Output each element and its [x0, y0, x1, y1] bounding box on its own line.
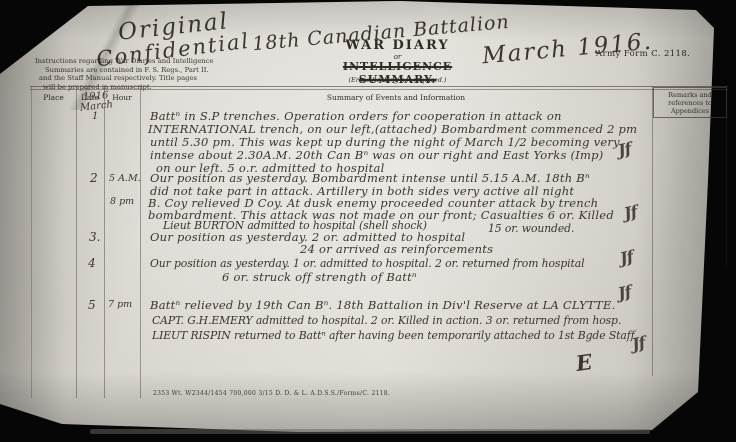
table-rule-top-inner [30, 89, 728, 90]
entry-line: 6 or. struck off strength of Battⁿ [222, 270, 417, 284]
erase-heading-note: (Erase heading not required.) [320, 76, 475, 84]
remarks-header-line: Remarks and [654, 91, 726, 99]
scanned-war-diary-photo: Instructions regarding War Diaries and I… [0, 0, 736, 442]
entry-line: Our position as yesterday. Bombardment i… [150, 171, 590, 185]
table-rule-top-outer [30, 86, 728, 87]
closing-flourish: E [574, 349, 593, 376]
entry-day: 5 [88, 298, 96, 312]
entry-line: intense about 2.30A.M. 20th Can Bⁿ was o… [150, 148, 604, 162]
entry-line: 24 or arrived as reinforcements [300, 242, 493, 256]
entry-line: CAPT. G.H.EMERY admitted to hospital. 2 … [152, 314, 621, 327]
footer-imprint: 2353 Wt. W2344/1454 700,000 3/15 D. D. &… [153, 390, 390, 397]
entry-day: 4 [88, 256, 96, 270]
column-rule-hour-summary [140, 86, 141, 398]
entry-line: INTERNATIONAL trench, on our left,(attac… [148, 122, 637, 136]
entry-hour: 5 A.M. [109, 173, 141, 184]
col-header-place: Place [31, 93, 76, 102]
entry-line-wounded: 15 or. wounded. [488, 222, 574, 235]
column-rule-place-date [76, 86, 77, 398]
entry-line: Battⁿ in S.P trenches. Operation orders … [150, 109, 562, 123]
entry-line: until 5.30 pm. This was kept up during t… [150, 135, 620, 149]
entry-hour: 8 pm [110, 196, 134, 207]
entry-day: 2 [90, 171, 98, 185]
entry-day: 3. [89, 230, 100, 244]
entry-hour: 7 pm [108, 299, 132, 310]
column-rule-date-hour [104, 86, 105, 398]
column-rule-summary-remarks [652, 86, 653, 376]
war-diary-title: WAR DIARY [320, 38, 475, 53]
army-form-number: Army Form C. 2118. [596, 49, 690, 59]
remarks-header-line: Appendices [654, 107, 726, 115]
entry-line: LIEUT RISPIN returned to Battⁿ after hav… [152, 329, 635, 342]
remarks-header-line: references to [654, 99, 726, 107]
col-header-remarks: Remarks and references to Appendices [653, 87, 727, 118]
col-header-summary: Summary of Events and Information [140, 93, 652, 102]
date-day: 1 [92, 111, 98, 122]
entry-line: Our position as yesterday. 1 or. admitte… [150, 257, 584, 270]
instructions-line: and the Staff Manual respectively. Title… [39, 74, 197, 83]
column-rule-left [31, 86, 32, 398]
page-edge-below [90, 429, 650, 434]
entry-line: Battⁿ relieved by 19th Can Bⁿ. 18th Batt… [150, 298, 616, 312]
